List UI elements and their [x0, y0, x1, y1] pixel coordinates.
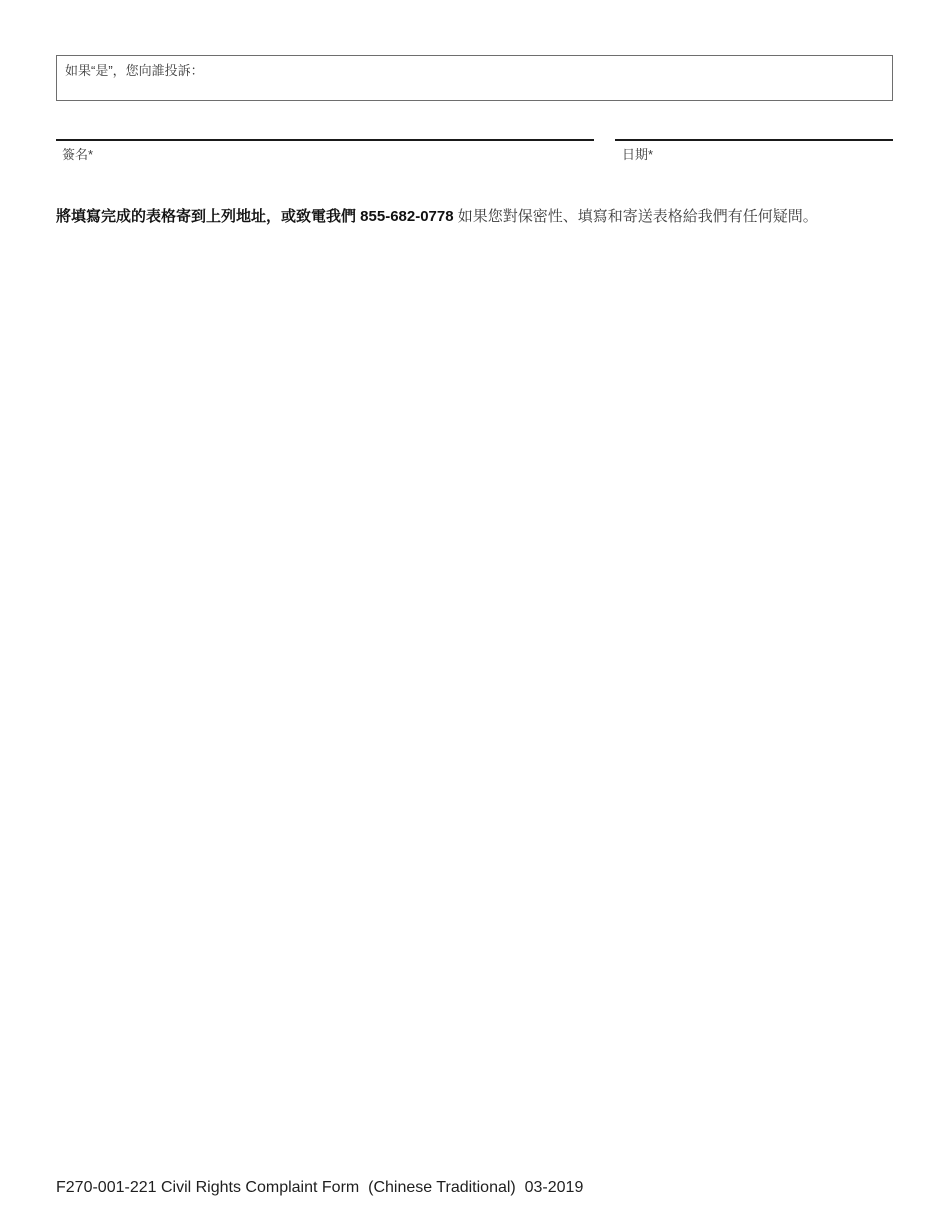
- mailing-instructions: 將填寫完成的表格寄到上列地址，或致電我們 855-682-0778 如果您對保密…: [56, 207, 896, 227]
- date-line[interactable]: [615, 139, 893, 141]
- signature-line[interactable]: [56, 139, 594, 141]
- mailing-instructions-regular: 如果您對保密性、填寫和寄送表格給我們有任何疑問。: [454, 208, 818, 225]
- date-label: 日期*: [622, 147, 653, 163]
- signature-label: 簽名*: [62, 147, 93, 163]
- complaint-recipient-label: 如果“是”，您向誰投訴：: [57, 56, 892, 79]
- complaint-recipient-field[interactable]: 如果“是”，您向誰投訴：: [56, 55, 893, 101]
- mailing-instructions-bold: 將填寫完成的表格寄到上列地址，或致電我們 855-682-0778: [56, 208, 454, 225]
- form-page: 如果“是”，您向誰投訴： 簽名* 日期* 將填寫完成的表格寄到上列地址，或致電我…: [0, 0, 950, 1230]
- form-footer: F270-001-221 Civil Rights Complaint Form…: [56, 1178, 583, 1197]
